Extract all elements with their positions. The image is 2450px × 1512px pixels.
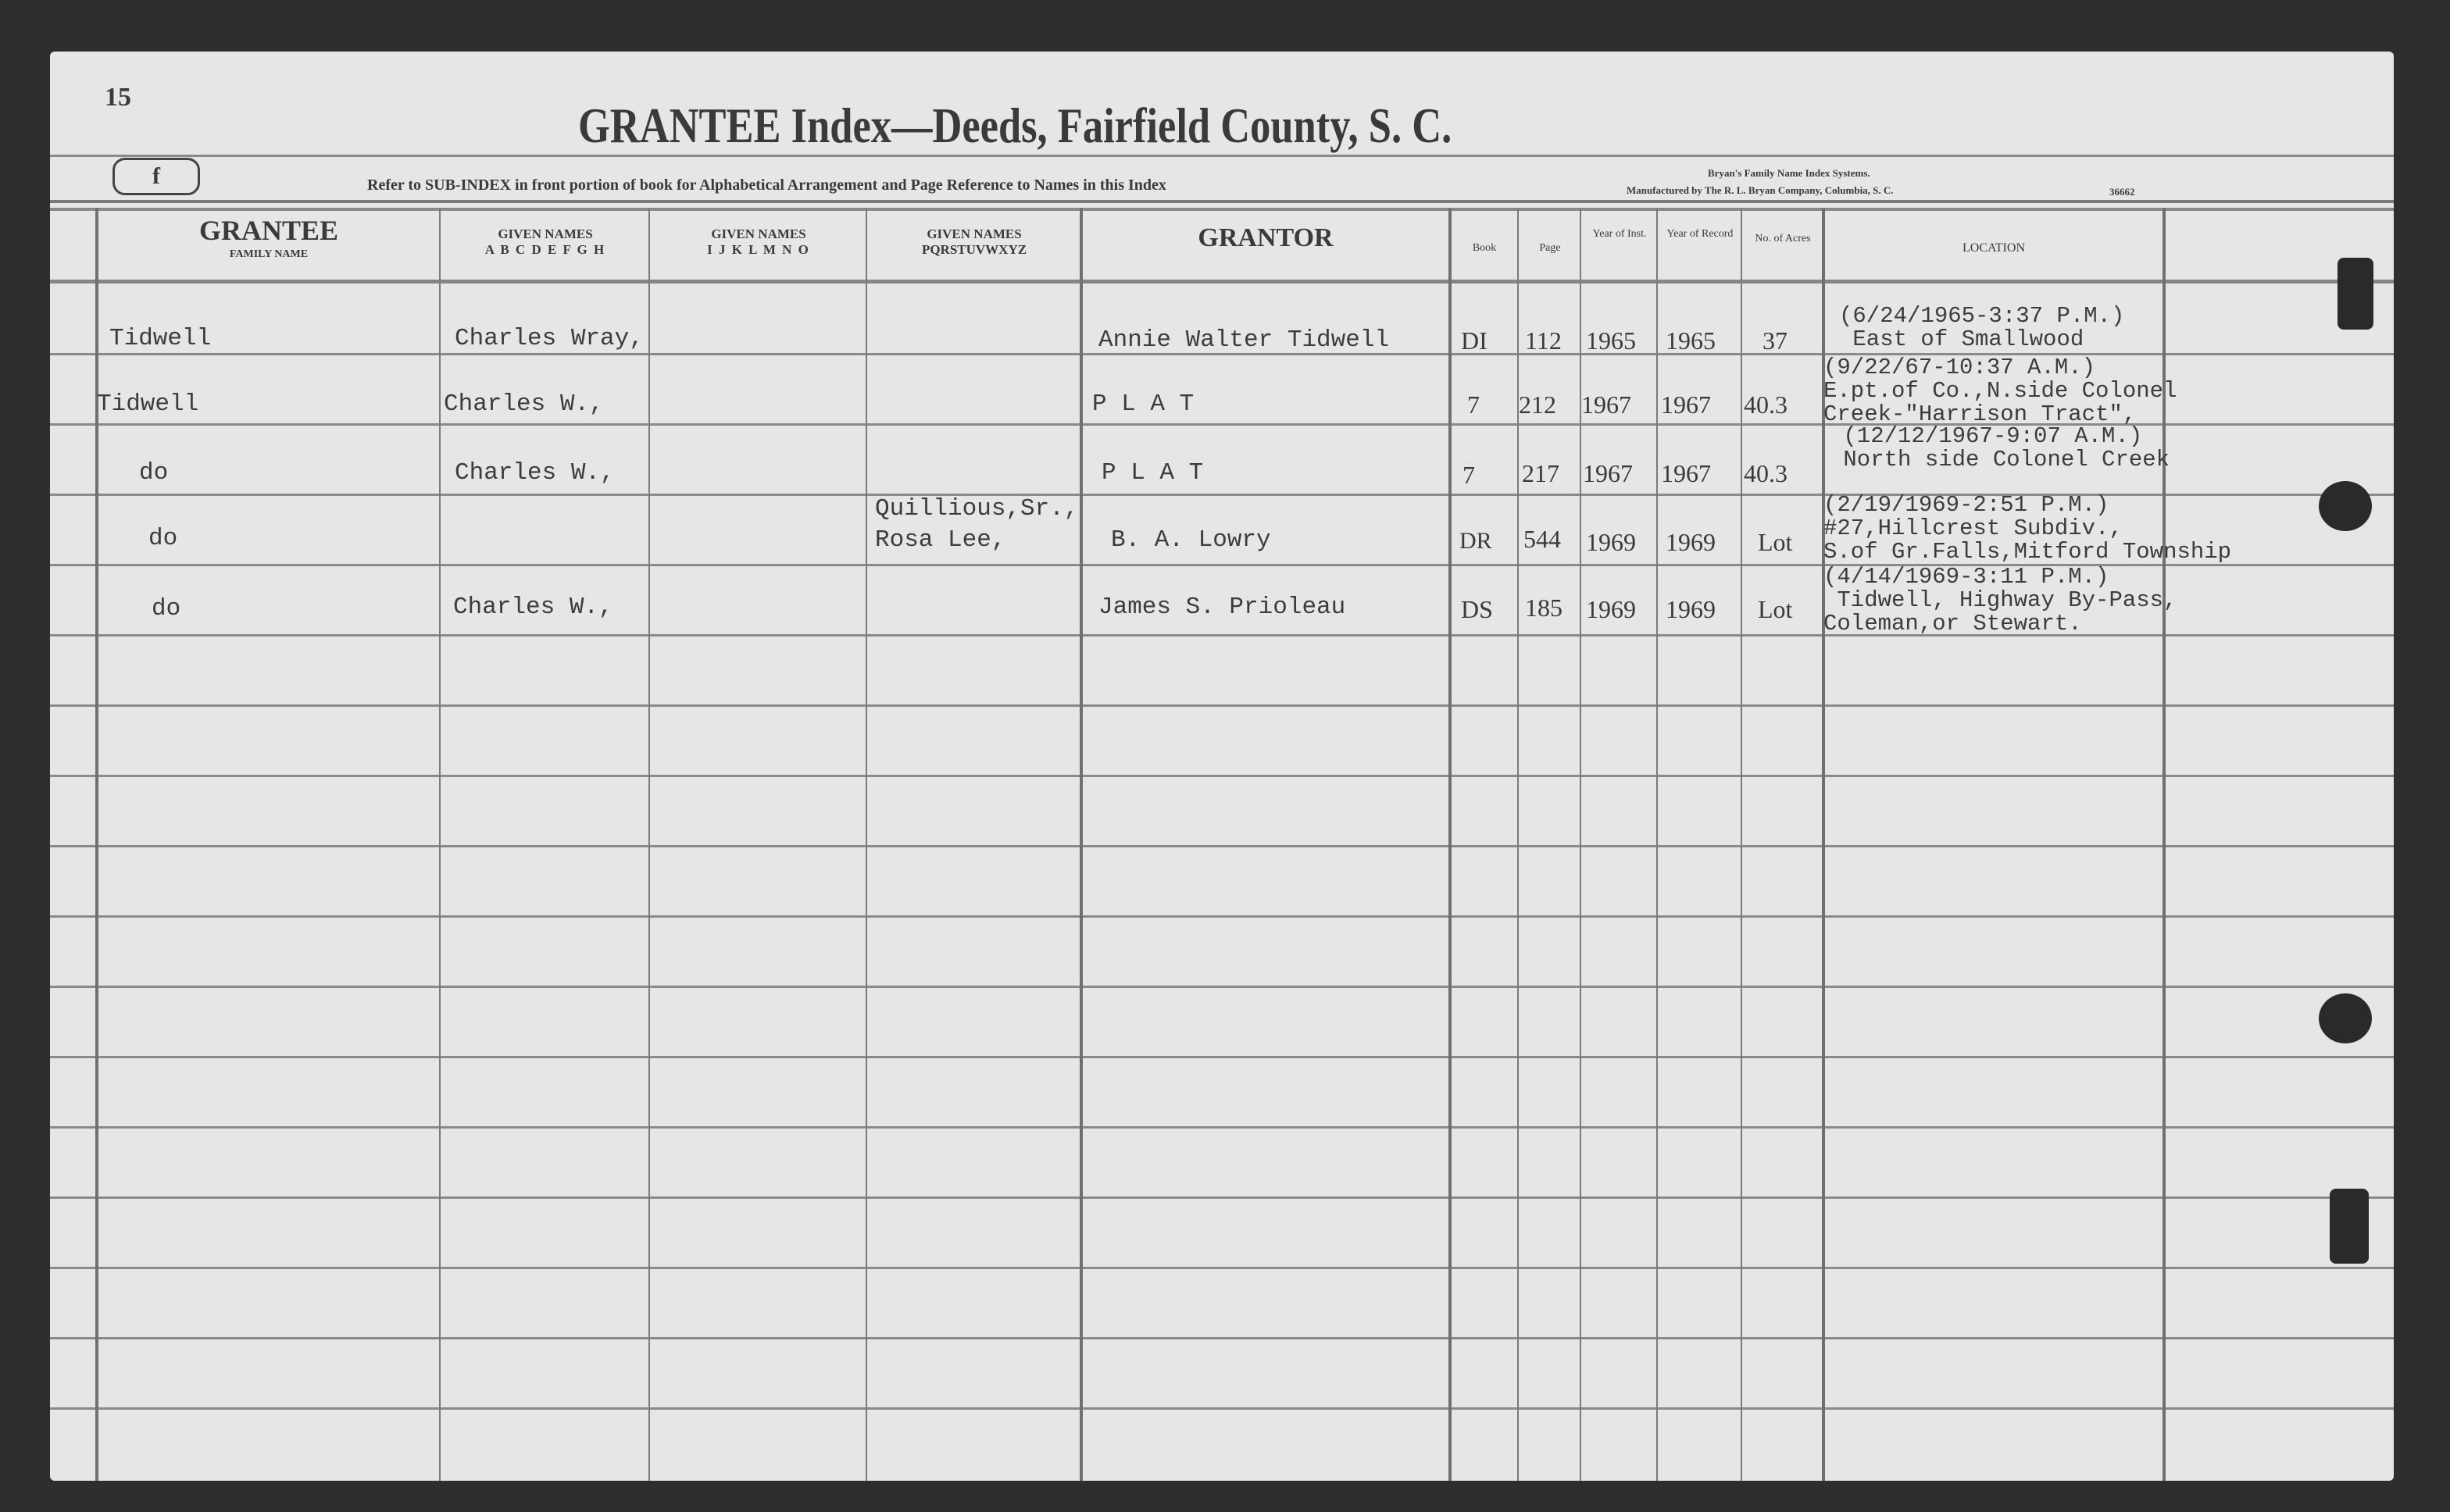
col-rule <box>648 208 650 1481</box>
row3-given-ah: Charles W., <box>455 459 615 487</box>
publisher-line-2: Manufactured by The R. L. Bryan Company,… <box>1627 184 1894 197</box>
col-rule <box>439 208 441 1481</box>
form-number: 36662 <box>2109 186 2135 198</box>
row1-year-record: 1965 <box>1666 326 1716 355</box>
col-header-book: Book <box>1450 242 1519 254</box>
row1-page: 112 <box>1525 326 1562 355</box>
row2-page: 212 <box>1519 390 1556 419</box>
row3-family: do <box>139 459 168 487</box>
row2-grantor: P L A T <box>1092 390 1194 418</box>
row3-year-inst: 1967 <box>1583 459 1633 488</box>
row-rule <box>50 845 2394 847</box>
col-header-grantor: GRANTOR <box>1081 223 1450 253</box>
row-rule <box>50 1267 2394 1269</box>
col-header-family-name: FAMILY NAME <box>97 248 441 260</box>
row4-page: 544 <box>1523 525 1561 554</box>
row5-grantor: James S. Prioleau <box>1098 594 1345 621</box>
row-rule <box>50 915 2394 918</box>
row5-location: (4/14/1969-3:11 P.M.) Tidwell, Highway B… <box>1823 565 2177 636</box>
row4-book: DR <box>1459 528 1492 555</box>
row1-book: DI <box>1461 326 1487 355</box>
col-header-given-pz-label: GIVEN NAMES <box>867 226 1081 242</box>
row4-acres: Lot <box>1758 528 1792 557</box>
row2-given-ah: Charles W., <box>444 390 604 418</box>
col-header-year-record: Year of Record <box>1658 228 1742 240</box>
binder-slot-bottom-icon <box>2330 1189 2369 1264</box>
row3-book: 7 <box>1462 461 1475 490</box>
row2-year-record: 1967 <box>1661 390 1711 419</box>
row1-year-inst: 1965 <box>1586 326 1636 355</box>
binder-hole-icon <box>2319 481 2372 531</box>
row-rule <box>50 1196 2394 1199</box>
row3-year-record: 1967 <box>1661 459 1711 488</box>
col-header-year-inst: Year of Inst. <box>1592 228 1647 240</box>
col-header-given-ah-letters: A B C D E F G H <box>441 242 650 258</box>
row4-year-record: 1969 <box>1666 528 1716 557</box>
row5-year-record: 1969 <box>1666 595 1716 624</box>
row5-acres: Lot <box>1758 595 1792 624</box>
row4-location: (2/19/1969-2:51 P.M.) #27,Hillcrest Subd… <box>1823 494 2231 564</box>
page-number: 15 <box>105 83 131 112</box>
header-bottom-rule <box>50 280 2394 283</box>
header-double-rule-1 <box>50 200 2394 203</box>
row4-given-pz: Quillious,Sr., Rosa Lee, <box>875 494 1078 556</box>
row1-acres: 37 <box>1762 326 1787 355</box>
index-card: 15 GRANTEE Index—Deeds, Fairfield County… <box>50 52 2394 1481</box>
row4-grantor: B. A. Lowry <box>1111 526 1271 554</box>
row2-acres: 40.3 <box>1744 390 1787 419</box>
row1-given-ah: Charles Wray, <box>455 325 644 352</box>
row3-grantor: P L A T <box>1102 459 1203 487</box>
col-header-acres: No. of Acres <box>1742 233 1823 244</box>
col-header-location: LOCATION <box>1823 242 2164 254</box>
row5-given-ah: Charles W., <box>453 594 613 621</box>
col-rule <box>1080 208 1083 1481</box>
row-rule <box>50 1337 2394 1339</box>
row3-page: 217 <box>1522 459 1559 488</box>
col-header-grantee: GRANTEE <box>97 214 441 247</box>
row-rule <box>50 1056 2394 1058</box>
col-rule <box>1741 208 1742 1481</box>
row-rule <box>50 775 2394 777</box>
col-header-given-io-letters: I J K L M N O <box>650 242 867 258</box>
row-rule <box>50 704 2394 707</box>
row3-location: (12/12/1967-9:07 A.M.) North side Colone… <box>1830 425 2170 472</box>
row2-location: (9/22/67-10:37 A.M.) E.pt.of Co.,N.side … <box>1823 356 2177 426</box>
row1-family: Tidwell <box>109 325 211 352</box>
col-header-given-pz-letters: PQRSTUVWXYZ <box>867 242 1081 258</box>
col-rule <box>866 208 867 1481</box>
row1-location: (6/24/1965-3:37 P.M.) East of Smallwood <box>1839 305 2124 351</box>
row2-family: Tidwell <box>97 390 198 418</box>
index-tab-box: f <box>112 158 200 195</box>
binder-hole-icon <box>2319 993 2372 1043</box>
index-tab-letter: f <box>115 160 198 193</box>
col-header-page: Page <box>1519 242 1581 254</box>
row-rule <box>50 986 2394 988</box>
col-rule <box>1448 208 1452 1481</box>
title-rule <box>50 155 2394 157</box>
row5-year-inst: 1969 <box>1586 595 1636 624</box>
row4-year-inst: 1969 <box>1586 528 1636 557</box>
col-rule <box>1656 208 1658 1481</box>
row4-family: do <box>148 525 177 552</box>
row5-page: 185 <box>1525 594 1562 622</box>
row5-book: DS <box>1461 595 1493 624</box>
page-title: GRANTEE Index—Deeds, Fairfield County, S… <box>578 97 1452 155</box>
row5-family: do <box>152 595 180 622</box>
binder-slot-top-icon <box>2337 258 2373 330</box>
row-rule <box>50 1407 2394 1410</box>
row2-book: 7 <box>1467 390 1480 419</box>
row-rule <box>50 1126 2394 1129</box>
col-header-given-io-label: GIVEN NAMES <box>650 226 867 242</box>
row3-acres: 40.3 <box>1744 459 1787 488</box>
row1-grantor: Annie Walter Tidwell <box>1098 326 1389 354</box>
refer-note: Refer to SUB-INDEX in front portion of b… <box>367 177 1166 194</box>
row2-year-inst: 1967 <box>1581 390 1631 419</box>
col-header-given-ah-label: GIVEN NAMES <box>441 226 650 242</box>
publisher-line-1: Bryan's Family Name Index Systems. <box>1708 167 1870 180</box>
header-double-rule-2 <box>50 208 2394 211</box>
